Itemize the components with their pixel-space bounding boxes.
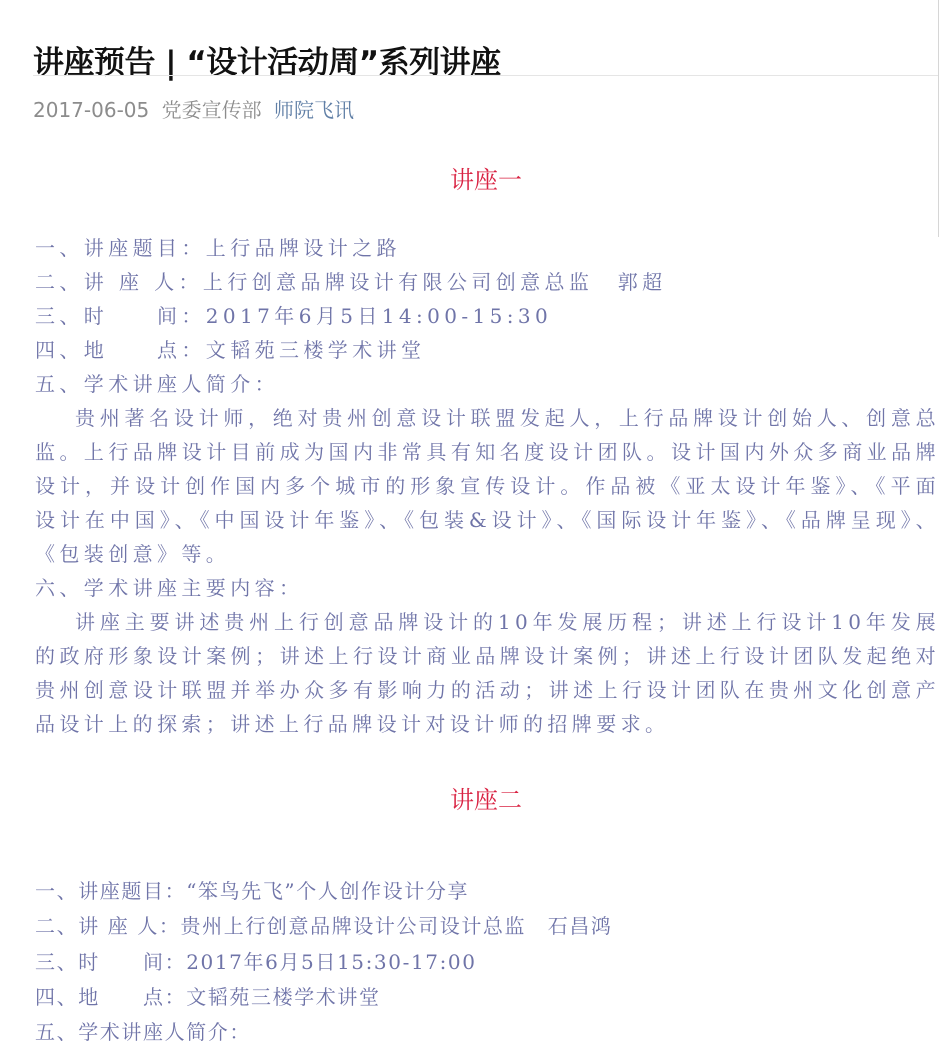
lecture-2-topic: 一、讲座题目：“笨鸟先飞”个人创作设计分享 <box>35 874 940 909</box>
lecture-1-bio: 贵州著名设计师，绝对贵州创意设计联盟发起人，上行品牌设计创始人、创意总监。上行品… <box>35 401 940 571</box>
lecture-1-content-label: 六、学术讲座主要内容： <box>35 571 940 605</box>
lecture-1-heading: 讲座一 <box>0 163 942 197</box>
lecture-2-details: 一、讲座题目：“笨鸟先飞”个人创作设计分享 二、讲 座 人：贵州上行创意品牌设计… <box>35 874 940 1049</box>
lecture-1-content: 讲座主要讲述贵州上行创意品牌设计的10年发展历程；讲述上行设计10年发展的政府形… <box>35 605 940 741</box>
scrollbar-edge <box>938 0 939 237</box>
lecture-1-time: 三、时 间：2017年6月5日14:00-15:30 <box>35 299 940 333</box>
title-divider <box>33 75 938 76</box>
account-link[interactable]: 师院飞讯 <box>274 98 354 122</box>
lecture-1-topic: 一、讲座题目：上行品牌设计之路 <box>35 231 940 265</box>
article-meta: 2017-06-05 党委宣传部 师院飞讯 <box>33 95 354 125</box>
lecture-2-time: 三、时 间：2017年6月5日15:30-17:00 <box>35 945 940 980</box>
lecture-2-speaker: 二、讲 座 人：贵州上行创意品牌设计公司设计总监 石昌鸿 <box>35 909 940 944</box>
publish-date: 2017-06-05 <box>33 98 149 122</box>
lecture-1-speaker: 二、讲 座 人：上行创意品牌设计有限公司创意总监 郭超 <box>35 265 940 299</box>
lecture-2-bio-label: 五、学术讲座人简介： <box>35 1015 940 1049</box>
lecture-1-details: 一、讲座题目：上行品牌设计之路 二、讲 座 人：上行创意品牌设计有限公司创意总监… <box>35 231 940 741</box>
author: 党委宣传部 <box>162 98 262 122</box>
lecture-2-place: 四、地 点：文韬苑三楼学术讲堂 <box>35 980 940 1015</box>
lecture-1-place: 四、地 点：文韬苑三楼学术讲堂 <box>35 333 940 367</box>
lecture-1-bio-label: 五、学术讲座人简介： <box>35 367 940 401</box>
lecture-2-heading: 讲座二 <box>0 783 942 817</box>
article-title: 讲座预告 | “设计活动周”系列讲座 <box>33 41 501 85</box>
